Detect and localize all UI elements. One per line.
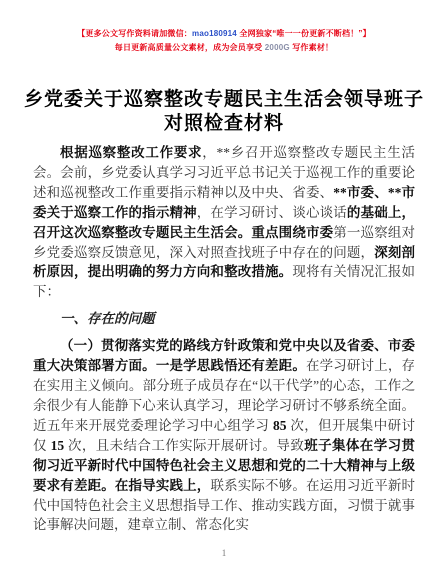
document-page: 【更多公文写作资料请加微信：mao180914 全网独家“唯一一份更新不断档！”… <box>0 0 448 580</box>
ad-banner-line-1: 【更多公文写作资料请加微信：mao180914 全网独家“唯一一份更新不断档！”… <box>0 27 448 41</box>
ad-text2-prefix: 每日更新高质量公文素材，成为会员享受 <box>115 43 265 52</box>
ad-banner: 【更多公文写作资料请加微信：mao180914 全网独家“唯一一份更新不断档！”… <box>0 0 448 55</box>
wechat-id: mao180914 <box>192 29 237 38</box>
page-number: 1 <box>0 548 448 558</box>
paragraph-problem-one: （一）贯彻落实党的路线方针政策和党中央以及省委、市委重大决策部署方面。一是学思践… <box>33 336 415 535</box>
document-title: 乡党委关于巡察整改专题民主生活会领导班子 对照检查材料 <box>24 88 424 136</box>
document-title-line-1: 乡党委关于巡察整改专题民主生活会领导班子 <box>24 88 424 112</box>
text-run: 次，且未结合工作实际开展研讨。导致 <box>64 438 304 453</box>
ad-text-prefix: 【更多公文写作资料请加微信： <box>77 29 192 38</box>
document-title-line-2: 对照检查材料 <box>24 112 424 136</box>
text-run: 根据巡察整改工作要求 <box>60 145 202 160</box>
text-run: 15 <box>51 438 65 453</box>
document-body: 根据巡察整改工作要求，**乡召开巡察整改专题民主生活会。会前，乡党委认真学习习近… <box>33 143 415 535</box>
ad-text-suffix: 全网独家“唯一一份更新不断档！”】 <box>237 29 371 38</box>
ad-banner-line-2: 每日更新高质量公文素材，成为会员享受 2000G 写作素材！ <box>0 41 448 55</box>
ad-size-highlight: 2000G <box>265 43 290 52</box>
ad-text2-suffix: 写作素材！ <box>290 43 333 52</box>
text-run: 85 <box>273 418 287 433</box>
paragraph-intro: 根据巡察整改工作要求，**乡召开巡察整改专题民主生活会。会前，乡党委认真学习习近… <box>33 143 415 302</box>
section-heading-problems: 一、存在的问题 <box>33 309 415 329</box>
text-run: ，在学习研讨、谈心谈话 <box>197 205 347 220</box>
